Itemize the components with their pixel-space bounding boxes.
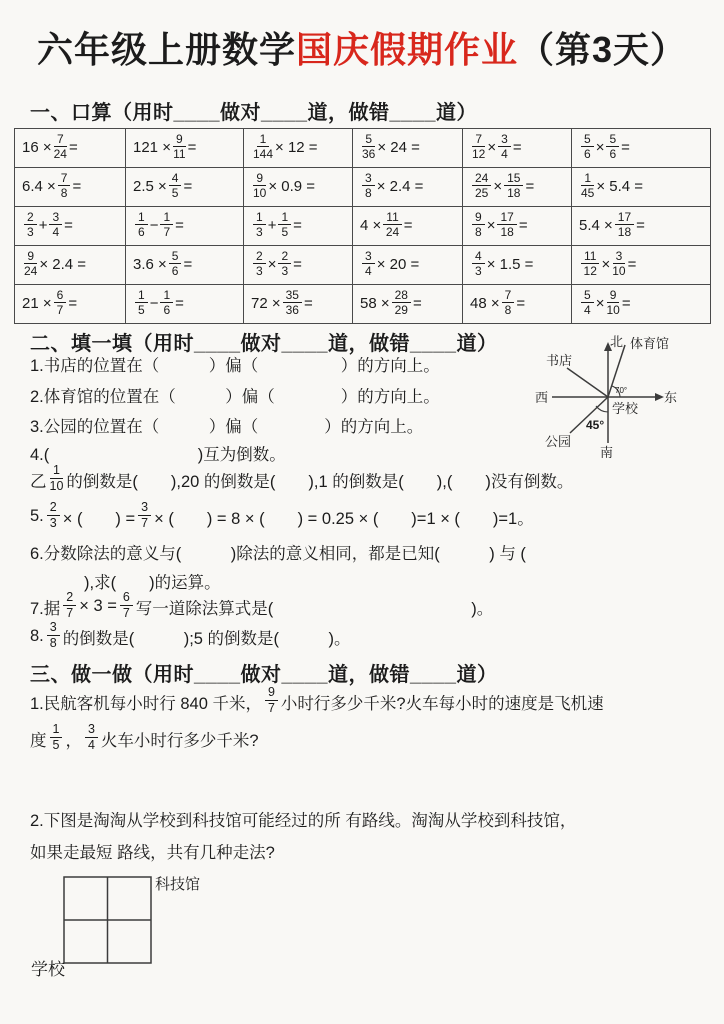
fraction-numerator: 11 — [383, 211, 401, 225]
fraction: 15 — [50, 723, 63, 752]
fraction: 56 — [606, 133, 619, 161]
fill-question-6-line2: ),求( )的运算。 — [84, 569, 221, 593]
fraction: 37 — [138, 501, 151, 530]
fraction-numerator: 1 — [135, 289, 148, 303]
fraction-numerator: 15 — [504, 172, 523, 186]
oral-table-cell: 21 ×67= — [15, 285, 126, 324]
oral-table-cell: 16 ×724= — [15, 129, 126, 168]
text-run: 21 × — [22, 295, 52, 312]
fraction: 23 — [47, 501, 60, 530]
bookstore-ray — [567, 368, 608, 397]
text-run: 2.5 × — [133, 178, 167, 195]
text-run: 3.6 × — [133, 256, 167, 273]
text-run: 8. — [30, 627, 44, 646]
compass-direction-diagram: 北 南 东 西 体育馆 书店 公园 学校 70° 45° — [534, 333, 724, 471]
fraction: 724 — [54, 133, 67, 161]
fraction-denominator: 10 — [612, 264, 625, 278]
fraction-numerator: 1 — [50, 723, 63, 738]
fraction-numerator: 6 — [120, 591, 133, 606]
park-angle-label: 45° — [586, 418, 604, 432]
fraction: 1518 — [504, 172, 523, 200]
fraction-denominator: 3 — [256, 225, 263, 239]
oral-table-cell: 72 ×3536= — [244, 285, 353, 324]
text-run: 4 × — [360, 217, 381, 234]
text-run: 如果走最短 路线，共有几种走法? — [30, 839, 275, 863]
oral-calculation-table: 16 ×724=121 ×911=1144× 12 =536× 24 =712×… — [14, 128, 711, 324]
fraction-numerator: 17 — [497, 211, 516, 225]
page-title: 六年级上册数学国庆假期作业（第3天） — [0, 22, 724, 73]
oral-table-cell: 23+34= — [15, 207, 126, 246]
fraction-denominator: 12 — [584, 264, 597, 278]
fraction-denominator: 144 — [253, 147, 273, 161]
fraction-numerator: 1 — [581, 172, 594, 186]
oral-table-cell: 98×1718= — [463, 207, 572, 246]
fraction-denominator: 4 — [88, 738, 95, 753]
fraction-denominator: 10 — [606, 303, 619, 317]
fraction: 45 — [169, 172, 182, 200]
text-run: 16 × — [22, 139, 52, 156]
section3-header: 三、做一做（用时____做对____道，做错____道） — [30, 658, 497, 687]
text-run: 小时行多少千米?火车每小时的速度是飞机速 — [281, 690, 604, 714]
text-run: × 0.9 = — [268, 178, 315, 195]
text-run: 48 × — [470, 295, 500, 312]
compass-west-label: 西 — [535, 390, 548, 405]
text-run: = — [293, 256, 302, 273]
fraction-denominator: 24 — [386, 225, 399, 239]
oral-table-cell: 34× 20 = — [353, 246, 463, 285]
fraction-denominator: 7 — [141, 516, 148, 531]
fraction: 15 — [135, 289, 148, 317]
fraction-denominator: 5 — [53, 738, 60, 753]
text-run: × — [487, 217, 496, 234]
fraction: 536 — [362, 133, 375, 161]
word-problem-1-line1: 1.民航客机每小时行 840 千米，97小时行多少千米?火车每小时的速度是飞机速 — [30, 687, 604, 716]
fraction-denominator: 11 — [173, 147, 185, 161]
route-grid-diagram: 科技馆 学校 — [28, 870, 238, 988]
fraction-denominator: 4 — [501, 147, 508, 161]
text-run: × — [268, 256, 277, 273]
text-run: = — [516, 295, 525, 312]
text-run: 2.下图是淘淘从学校到科技馆可能经过的所 有路线。淘淘从学校到科技馆， — [30, 807, 576, 831]
fraction-numerator: 3 — [47, 621, 60, 636]
text-run: × ( ) = 8 × ( ) = 0.25 × ( )=1 × ( )=1。 — [154, 505, 534, 529]
gym-angle-label: 70° — [615, 386, 627, 395]
text-run: 6.分数除法的意义与( )除法的意义相同，都是已知( ) 与 ( — [30, 540, 526, 564]
fraction-denominator: 25 — [475, 186, 488, 200]
fraction: 910 — [606, 289, 619, 317]
fraction: 145 — [581, 172, 594, 200]
fraction: 911 — [173, 133, 186, 161]
word-problem-1-line2: 度15，34火车小时行多少千米? — [30, 724, 259, 753]
fraction: 13 — [253, 211, 266, 239]
oral-table-cell: 145× 5.4 = — [572, 168, 711, 207]
fraction: 78 — [502, 289, 515, 317]
fraction-numerator: 4 — [169, 172, 182, 186]
oral-table-row: 23+34=16−17=13+15=4 ×1124=98×1718=5.4 ×1… — [15, 207, 711, 246]
gym-label: 体育馆 — [630, 336, 669, 351]
fraction-denominator: 5 — [138, 303, 145, 317]
fraction-denominator: 18 — [500, 225, 513, 239]
fraction-denominator: 4 — [52, 225, 59, 239]
fraction-denominator: 8 — [61, 186, 68, 200]
fraction-denominator: 7 — [163, 225, 170, 239]
fraction-numerator: 3 — [362, 172, 375, 186]
fraction-denominator: 6 — [163, 303, 170, 317]
title-part-red: 国庆假期作业 — [296, 29, 518, 70]
fraction-denominator: 8 — [505, 303, 512, 317]
fraction-denominator: 3 — [281, 264, 288, 278]
oral-table-row: 924× 2.4 =3.6 ×56=23×23=34× 20 =43× 1.5 … — [15, 246, 711, 285]
fraction: 712 — [472, 133, 485, 161]
fraction-denominator: 7 — [57, 303, 64, 317]
text-run: = — [293, 217, 302, 234]
fraction: 17 — [160, 211, 173, 239]
fraction-numerator: 2 — [253, 250, 266, 264]
fill-question-7: 7.据27× 3 =67写一道除法算式是( )。 — [30, 592, 493, 621]
fill-question-3: 3.公园的位置在（ ）偏（ ）的方向上。 — [30, 413, 423, 437]
text-run: × 5.4 = — [596, 178, 643, 195]
oral-table-row: 21 ×67=15−16=72 ×3536=58 ×2829=48 ×78=54… — [15, 285, 711, 324]
text-run: × ( ) = — [63, 505, 135, 529]
worksheet-page: 六年级上册数学国庆假期作业（第3天） 一、口算（用时____做对____道，做错… — [0, 0, 724, 1024]
text-run: = — [519, 217, 528, 234]
oral-table-cell: 16−17= — [126, 207, 244, 246]
oral-table-cell: 924× 2.4 = — [15, 246, 126, 285]
word-problem-2-line1: 2.下图是淘淘从学校到科技馆可能经过的所 有路线。淘淘从学校到科技馆， — [30, 807, 576, 831]
fraction: 98 — [472, 211, 485, 239]
oral-table-cell: 4 ×1124= — [353, 207, 463, 246]
text-run: 的倒数是( );5 的倒数是( )。 — [63, 625, 351, 649]
fraction-numerator: 17 — [615, 211, 634, 225]
fraction-numerator: 2 — [278, 250, 291, 264]
fraction-denominator: 7 — [123, 606, 130, 621]
text-run: × — [493, 178, 502, 195]
fraction-numerator: 1 — [135, 211, 148, 225]
fraction-numerator: 35 — [283, 289, 302, 303]
text-run: 写一道除法算式是( )。 — [136, 595, 494, 619]
fraction-denominator: 7 — [268, 701, 275, 716]
text-run: ),求( )的运算。 — [84, 569, 221, 593]
compass-north-label: 北 — [610, 334, 623, 349]
fraction-numerator: 9 — [253, 172, 266, 186]
fraction: 2829 — [392, 289, 411, 317]
oral-table-cell: 536× 24 = — [353, 129, 463, 168]
museum-label: 科技馆 — [155, 876, 200, 893]
oral-table-cell: 38× 2.4 = — [353, 168, 463, 207]
fraction-denominator: 3 — [256, 264, 263, 278]
oral-table-cell: 5.4 ×1718= — [572, 207, 711, 246]
fraction-denominator: 3 — [50, 516, 57, 531]
oral-table-cell: 6.4 ×78= — [15, 168, 126, 207]
text-run: ， — [65, 727, 82, 751]
fill-question-6-line1: 6.分数除法的意义与( )除法的意义相同，都是已知( ) 与 ( — [30, 540, 526, 564]
fraction-denominator: 24 — [24, 264, 37, 278]
fraction-numerator: 1 — [160, 289, 173, 303]
fraction-denominator: 12 — [472, 147, 485, 161]
oral-table-row: 16 ×724=121 ×911=1144× 12 =536× 24 =712×… — [15, 129, 711, 168]
fraction-numerator: 9 — [173, 133, 186, 147]
oral-table-cell: 1144× 12 = — [244, 129, 353, 168]
park-label: 公园 — [545, 434, 571, 449]
fraction: 3536 — [283, 289, 302, 317]
fraction-numerator: 3 — [498, 133, 511, 147]
text-run: = — [621, 139, 630, 156]
word-problem-2-line2: 如果走最短 路线，共有几种走法? — [30, 839, 275, 863]
fraction-denominator: 6 — [584, 147, 591, 161]
text-run: 火车小时行多少千米? — [101, 727, 259, 751]
oral-table-cell: 712×34= — [463, 129, 572, 168]
fraction-numerator: 3 — [362, 250, 375, 264]
fraction: 310 — [612, 250, 625, 278]
text-run: 的倒数是( ),20 的倒数是( ),1 的倒数是( ),( )没有倒数。 — [66, 468, 573, 492]
text-run: × 20 = — [377, 256, 420, 273]
fill-question-5: 5.23× ( ) =37× ( ) = 8 × ( ) = 0.25 × ( … — [30, 502, 534, 531]
fraction: 56 — [169, 250, 182, 278]
fraction-denominator: 10 — [50, 479, 64, 494]
text-run: = — [69, 139, 78, 156]
fraction: 34 — [85, 723, 98, 752]
fraction: 110 — [50, 464, 64, 493]
fraction: 43 — [472, 250, 485, 278]
fraction-numerator: 7 — [472, 133, 485, 147]
fraction-numerator: 2 — [47, 501, 60, 516]
fraction: 38 — [47, 621, 60, 650]
fraction-denominator: 6 — [609, 147, 616, 161]
oral-table-row: 6.4 ×78=2.5 ×45=910× 0.9 =38× 2.4 =2425×… — [15, 168, 711, 207]
fraction-denominator: 36 — [362, 147, 375, 161]
text-run: + — [39, 217, 48, 234]
text-run: + — [268, 217, 277, 234]
fraction-numerator: 28 — [392, 289, 411, 303]
fraction-numerator: 3 — [49, 211, 62, 225]
text-run: = — [513, 139, 522, 156]
fraction: 1718 — [497, 211, 516, 239]
text-run: × 1.5 = — [487, 256, 534, 273]
oral-table-cell: 1112×310= — [572, 246, 711, 285]
oral-table-cell: 121 ×911= — [126, 129, 244, 168]
oral-table-cell: 56×56= — [572, 129, 711, 168]
fraction: 2425 — [472, 172, 491, 200]
text-run: × 24 = — [377, 139, 420, 156]
text-run: = — [404, 217, 413, 234]
fraction-numerator: 7 — [58, 172, 71, 186]
oral-table-cell: 54×910= — [572, 285, 711, 324]
fraction: 1112 — [581, 250, 599, 278]
fraction-numerator: 2 — [24, 211, 37, 225]
fraction-numerator: 5 — [581, 133, 594, 147]
title-part-tail: （第3天） — [518, 29, 687, 70]
fraction: 23 — [24, 211, 37, 239]
fraction-denominator: 6 — [138, 225, 145, 239]
text-run: = — [622, 295, 631, 312]
fraction-denominator: 4 — [584, 303, 591, 317]
compass-south-label: 南 — [600, 445, 613, 460]
text-run: × — [596, 139, 605, 156]
fraction-denominator: 3 — [27, 225, 34, 239]
fraction-denominator: 8 — [475, 225, 482, 239]
text-run: 7.据 — [30, 595, 60, 619]
fraction-numerator: 1 — [257, 133, 270, 147]
text-run: 2.体育馆的位置在（ ）偏（ ）的方向上。 — [30, 383, 440, 407]
fraction-numerator: 2 — [63, 591, 76, 606]
fraction: 34 — [362, 250, 375, 278]
text-run: 72 × — [251, 295, 281, 312]
fraction-denominator: 5 — [281, 225, 288, 239]
text-run: = — [68, 295, 77, 312]
fraction: 78 — [58, 172, 71, 200]
fraction: 1144 — [253, 133, 273, 161]
text-run: 121 × — [133, 139, 171, 156]
school-grid-label: 学校 — [31, 960, 66, 979]
fraction-denominator: 18 — [618, 225, 631, 239]
bookstore-label: 书店 — [546, 353, 572, 368]
fraction-numerator: 5 — [362, 133, 375, 147]
text-run: − — [150, 295, 159, 312]
fraction-numerator: 9 — [472, 211, 485, 225]
text-run: = — [175, 295, 184, 312]
oral-table-cell: 2425×1518= — [463, 168, 572, 207]
fraction: 54 — [581, 289, 594, 317]
text-run: 6.4 × — [22, 178, 56, 195]
fraction: 15 — [278, 211, 291, 239]
text-run: × 2.4 = — [377, 178, 424, 195]
fraction-numerator: 9 — [607, 289, 620, 303]
fraction: 16 — [160, 289, 173, 317]
fraction-denominator: 6 — [172, 264, 179, 278]
text-run: 3.公园的位置在（ ）偏（ ）的方向上。 — [30, 413, 423, 437]
text-run: = — [413, 295, 422, 312]
text-run: = — [304, 295, 313, 312]
fraction: 1124 — [383, 211, 401, 239]
text-run: × — [601, 256, 610, 273]
fraction-numerator: 1 — [278, 211, 291, 225]
fraction-denominator: 10 — [253, 186, 266, 200]
text-run: = — [175, 217, 184, 234]
text-run: 5. — [30, 507, 44, 526]
fill-question-2: 2.体育馆的位置在（ ）偏（ ）的方向上。 — [30, 383, 440, 407]
fraction-numerator: 5 — [169, 250, 182, 264]
text-run: = — [64, 217, 73, 234]
fraction-numerator: 9 — [265, 686, 278, 701]
text-run: = — [636, 217, 645, 234]
fraction: 67 — [54, 289, 67, 317]
fill-question-8: 8.38的倒数是( );5 的倒数是( )。 — [30, 622, 351, 651]
fraction-numerator: 3 — [613, 250, 626, 264]
text-run: × — [596, 295, 605, 312]
fraction-denominator: 8 — [50, 636, 57, 651]
fill-question-4b: 乙110的倒数是( ),20 的倒数是( ),1 的倒数是( ),( )没有倒数… — [30, 465, 573, 494]
text-run: = — [183, 178, 192, 195]
fraction-denominator: 45 — [581, 186, 594, 200]
fraction: 1718 — [615, 211, 634, 239]
school-center-label: 学校 — [612, 401, 639, 416]
text-run: × — [487, 139, 496, 156]
text-run: × 2.4 = — [39, 256, 86, 273]
oral-table-cell: 910× 0.9 = — [244, 168, 353, 207]
fraction: 67 — [120, 591, 133, 620]
fraction: 38 — [362, 172, 375, 200]
text-run: 4.( )互为倒数。 — [30, 441, 286, 465]
text-run: 58 × — [360, 295, 390, 312]
fraction-denominator: 7 — [66, 606, 73, 621]
fraction-denominator: 4 — [365, 264, 372, 278]
oral-table-cell: 48 ×78= — [463, 285, 572, 324]
oral-table-cell: 13+15= — [244, 207, 353, 246]
text-run: = — [525, 178, 534, 195]
fraction-numerator: 24 — [472, 172, 491, 186]
fraction-numerator: 3 — [85, 723, 98, 738]
section1-header: 一、口算（用时____做对____道，做错____道） — [30, 96, 477, 125]
fraction-numerator: 3 — [138, 501, 151, 516]
text-run: = — [72, 178, 81, 195]
oral-table-cell: 3.6 ×56= — [126, 246, 244, 285]
east-arrowhead-icon — [655, 393, 664, 401]
text-run: 度 — [30, 727, 47, 751]
text-run: × 12 = — [275, 139, 318, 156]
text-run: − — [150, 217, 159, 234]
oral-table-cell: 58 ×2829= — [353, 285, 463, 324]
text-run: = — [183, 256, 192, 273]
fraction: 23 — [253, 250, 266, 278]
fraction-denominator: 5 — [172, 186, 179, 200]
fraction-numerator: 6 — [54, 289, 67, 303]
fraction-denominator: 3 — [475, 264, 482, 278]
fraction-numerator: 7 — [54, 133, 67, 147]
text-run: = — [628, 256, 637, 273]
oral-table-cell: 15−16= — [126, 285, 244, 324]
fraction: 34 — [49, 211, 62, 239]
fraction-numerator: 7 — [502, 289, 515, 303]
fraction: 56 — [581, 133, 594, 161]
fraction: 924 — [24, 250, 37, 278]
fraction: 23 — [278, 250, 291, 278]
compass-east-label: 东 — [664, 390, 677, 405]
text-run: × 3 = — [79, 597, 117, 616]
fill-question-4: 4.( )互为倒数。 — [30, 441, 286, 465]
oral-table-cell: 43× 1.5 = — [463, 246, 572, 285]
text-run: 5.4 × — [579, 217, 613, 234]
text-run: 1.民航客机每小时行 840 千米， — [30, 690, 262, 714]
fraction-denominator: 36 — [286, 303, 299, 317]
text-run: 乙 — [30, 468, 47, 492]
text-run: = — [188, 139, 197, 156]
fraction-denominator: 8 — [365, 186, 372, 200]
fraction-numerator: 5 — [581, 289, 594, 303]
fraction: 97 — [265, 686, 278, 715]
fraction-numerator: 9 — [24, 250, 37, 264]
fraction-denominator: 29 — [395, 303, 408, 317]
fraction: 910 — [253, 172, 266, 200]
fraction-numerator: 1 — [160, 211, 173, 225]
fraction-numerator: 11 — [581, 250, 599, 264]
fraction: 16 — [135, 211, 148, 239]
fraction: 27 — [63, 591, 76, 620]
fraction-numerator: 5 — [606, 133, 619, 147]
fill-question-1: 1.书店的位置在（ ）偏（ ）的方向上。 — [30, 352, 440, 376]
title-part-black: 六年级上册数学 — [37, 29, 296, 70]
fraction-numerator: 1 — [50, 464, 63, 479]
oral-table-cell: 23×23= — [244, 246, 353, 285]
oral-table-body: 16 ×724=121 ×911=1144× 12 =536× 24 =712×… — [15, 129, 711, 324]
fraction-denominator: 18 — [507, 186, 520, 200]
fraction: 34 — [498, 133, 511, 161]
oral-table-cell: 2.5 ×45= — [126, 168, 244, 207]
fraction-numerator: 1 — [253, 211, 266, 225]
fraction-denominator: 24 — [54, 147, 67, 161]
text-run: 1.书店的位置在（ ）偏（ ）的方向上。 — [30, 352, 440, 376]
fraction-numerator: 4 — [472, 250, 485, 264]
